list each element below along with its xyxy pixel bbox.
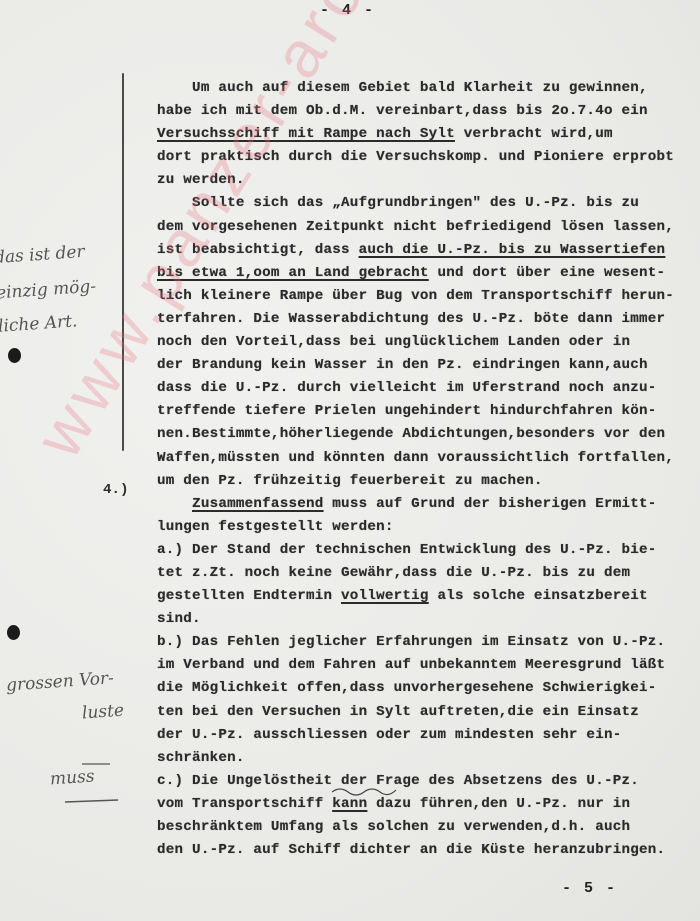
document-page: - 4 - das ist der einzig mög- liche Art.…: [0, 0, 700, 921]
text-line: Waffen,müssten und könnten dann voraussi…: [157, 447, 697, 470]
page-number-top: - 4 -: [320, 2, 375, 19]
text-line: tet z.Zt. noch keine Gewähr,dass die U.-…: [157, 562, 697, 585]
text-line: im Verband und dem Fahren auf unbekannte…: [157, 654, 697, 677]
text-line: um den Pz. frühzeitig feuerbereit zu mac…: [157, 470, 697, 493]
text-line: lungen festgestellt werden:: [157, 516, 697, 539]
text-line: Sollte sich das „Aufgrundbringen" des U.…: [157, 192, 697, 215]
typewritten-body: Um auch auf diesem Gebiet bald Klarheit …: [157, 77, 697, 862]
text-line: Versuchsschiff mit Rampe nach Sylt verbr…: [157, 123, 697, 146]
text-line: beschränktem Umfang als solchen zu verwe…: [157, 816, 697, 839]
handwritten-strokes: [60, 760, 120, 810]
text-line: b.) Das Fehlen jeglicher Erfahrungen im …: [157, 631, 697, 654]
text-line: terfahren. Die Wasserabdichtung des U.-P…: [157, 308, 697, 331]
text-line: lich kleinere Rampe über Bug von dem Tra…: [157, 285, 697, 308]
text-line: ten bei den Versuchen in Sylt auftreten,…: [157, 701, 697, 724]
text-line: noch den Vorteil,dass bei unglücklichem …: [157, 331, 697, 354]
text-line: die Möglichkeit offen,dass unvorhergeseh…: [157, 677, 697, 700]
punch-hole: [7, 625, 20, 640]
text-line: der Brandung kein Wasser in den Pz. eind…: [157, 354, 697, 377]
underlined-text: vollwertig: [341, 588, 429, 604]
underlined-text: Versuchsschiff mit Rampe nach Sylt: [157, 126, 455, 142]
text-line: schränken.: [157, 747, 697, 770]
text-line: sind.: [157, 608, 697, 631]
section-number: 4.): [103, 482, 129, 498]
text-line: habe ich mit dem Ob.d.M. vereinbart,dass…: [157, 100, 697, 123]
text-line: nen.Bestimmte,höherliegende Abdichtungen…: [157, 423, 697, 446]
text-line: dem vorgesehenen Zeitpunkt nicht befried…: [157, 216, 697, 239]
punch-hole: [8, 348, 21, 363]
text-line: Um auch auf diesem Gebiet bald Klarheit …: [157, 77, 697, 100]
text-line: c.) Die Ungelöstheit der Frage des Abset…: [157, 770, 697, 793]
text-line: Zusammenfassend muss auf Grund der bishe…: [157, 493, 697, 516]
underlined-text: kann: [332, 796, 367, 812]
text-line: gestellten Endtermin vollwertig als solc…: [157, 585, 697, 608]
text-line: ist beabsichtigt, dass auch die U.-Pz. b…: [157, 239, 697, 262]
text-line: der U.-Pz. ausschliessen oder zum mindes…: [157, 724, 697, 747]
text-line: zu werden.: [157, 169, 697, 192]
handwritten-note: liche Art.: [0, 311, 78, 336]
underlined-text: bis etwa 1,oom an Land gebracht: [157, 265, 429, 281]
handwritten-note: luste: [81, 701, 124, 724]
page-number-bottom: - 5 -: [562, 880, 617, 897]
text-line: den U.-Pz. auf Schiff dichter an die Küs…: [157, 839, 697, 862]
handwritten-note: grossen Vor-: [5, 668, 114, 695]
text-line: vom Transportschiff kann dazu führen,den…: [157, 793, 697, 816]
handwritten-note: einzig mög-: [0, 277, 97, 304]
margin-vertical-line: [122, 73, 124, 451]
text-line: bis etwa 1,oom an Land gebracht und dort…: [157, 262, 697, 285]
text-line: treffende tiefere Prielen ungehindert hi…: [157, 400, 697, 423]
handwritten-note: das ist der: [0, 242, 85, 268]
text-line: a.) Der Stand der technischen Entwicklun…: [157, 539, 697, 562]
underlined-text: auch die U.-Pz. bis zu Wassertiefen: [359, 242, 666, 258]
text-line: dort praktisch durch die Versuchskomp. u…: [157, 146, 697, 169]
wavy-underline: [330, 786, 400, 798]
underlined-text: Zusammenfassend: [192, 496, 323, 512]
text-line: dass die U.-Pz. durch vielleicht im Ufer…: [157, 377, 697, 400]
